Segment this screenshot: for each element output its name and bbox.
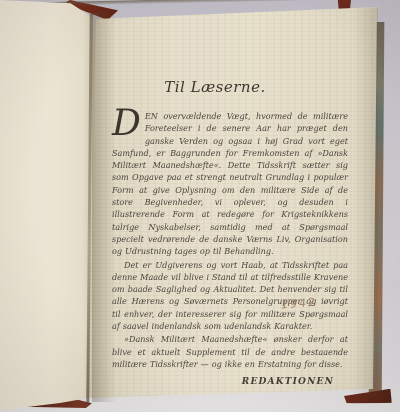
drop-cap: D	[112, 110, 145, 136]
editorial-signature: REDAKTIONEN	[112, 377, 334, 387]
paragraph-1: DEN overvældende Vægt, hvormed de militæ…	[112, 110, 348, 258]
page-edge-shadow	[352, 8, 378, 396]
book-photo: Til Læserne. DEN overvældende Vægt, hvor…	[0, 0, 400, 412]
paragraph-1-text: EN overvældende Vægt, hvormed de militær…	[112, 111, 348, 256]
page-text-block: Til Læserne. DEN overvældende Vægt, hvor…	[112, 78, 348, 387]
page-title: Til Læserne.	[112, 78, 318, 96]
left-blank-page	[0, 0, 98, 412]
paragraph-3: »Dansk Militært Maanedshæfte« ønsker der…	[112, 333, 348, 370]
